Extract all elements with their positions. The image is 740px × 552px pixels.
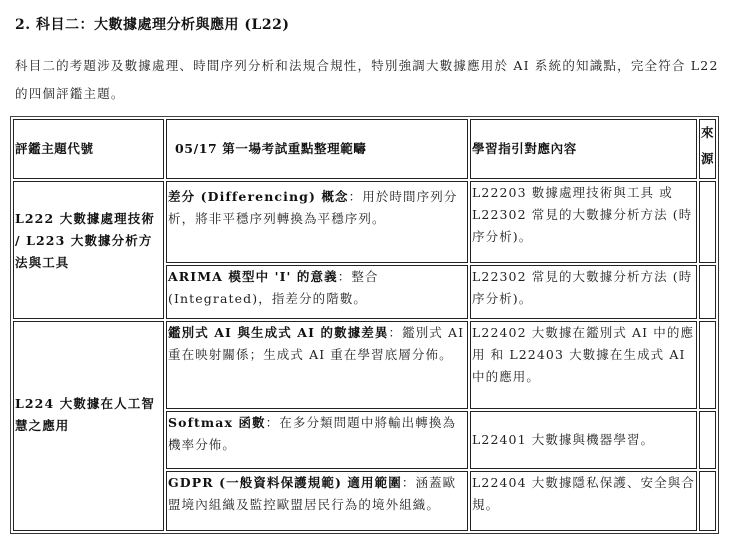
section-heading: 2. 科目二：大數據處理分析與應用 (L22) [15,14,289,34]
table-row: L224 大數據在人工智慧之應用 鑑別式 AI 與生成式 AI 的數據差異：鑑別… [13,321,716,409]
key-term: 鑑別式 AI 與生成式 AI 的數據差異 [168,325,389,340]
key-term: ARIMA 模型中 'I' 的意義 [168,269,338,284]
intro-paragraph: 科目二的考題涉及數據處理、時間序列分析和法規合規性，特別強調大數據應用於 AI … [15,52,727,108]
source-cell [699,181,716,263]
guide-mapping-cell: L22402 大數據在鑑別式 AI 中的應用 和 L22403 大數據在生成式 … [470,321,697,409]
header-exam-focus: 05/17 第一場考試重點整理範疇 [166,119,468,179]
exam-mapping-table: 評鑑主題代號 05/17 第一場考試重點整理範疇 學習指引對應內容 來源 L22… [10,116,719,534]
key-term: 差分 (Differencing) 概念 [168,189,349,204]
guide-mapping-cell: L22401 大數據與機器學習。 [470,411,697,469]
table-header-row: 評鑑主題代號 05/17 第一場考試重點整理範疇 學習指引對應內容 來源 [13,119,716,179]
table-row: L222 大數據處理技術 / L223 大數據分析方法與工具 差分 (Diffe… [13,181,716,263]
exam-focus-cell: Softmax 函數：在多分類問題中將輸出轉換為機率分佈。 [166,411,468,469]
header-exam-focus-label: 05/17 第一場考試重點整理範疇 [175,141,366,156]
header-guide-mapping: 學習指引對應內容 [470,119,697,179]
source-cell [699,411,716,469]
exam-focus-cell: ARIMA 模型中 'I' 的意義：整合 (Integrated)，指差分的階數… [166,265,468,319]
key-term: GDPR (一般資料保護規範) 適用範圍 [168,475,402,490]
header-source: 來源 [699,119,716,179]
source-cell [699,265,716,319]
header-source-label: 來源 [700,120,715,172]
source-cell [699,471,716,531]
header-topic-code: 評鑑主題代號 [13,119,164,179]
key-term: Softmax 函數 [168,415,266,430]
exam-focus-cell: 差分 (Differencing) 概念：用於時間序列分析，將非平穩序列轉換為平… [166,181,468,263]
guide-mapping-cell: L22302 常見的大數據分析方法 (時序分析)。 [470,265,697,319]
exam-focus-cell: 鑑別式 AI 與生成式 AI 的數據差異：鑑別式 AI 重在映射關係；生成式 A… [166,321,468,409]
topic-label: L224 大數據在人工智慧之應用 [15,393,162,437]
source-cell [699,321,716,409]
guide-mapping-cell: L22203 數據處理技術與工具 或 L22302 常見的大數據分析方法 (時序… [470,181,697,263]
topic-label: L222 大數據處理技術 / L223 大數據分析方法與工具 [15,208,162,274]
exam-focus-cell: GDPR (一般資料保護規範) 適用範圍：涵蓋歐盟境內組織及監控歐盟居民行為的境… [166,471,468,531]
guide-mapping-cell: L22404 大數據隱私保護、安全與合規。 [470,471,697,531]
topic-cell: L222 大數據處理技術 / L223 大數據分析方法與工具 [13,181,164,319]
topic-cell: L224 大數據在人工智慧之應用 [13,321,164,531]
